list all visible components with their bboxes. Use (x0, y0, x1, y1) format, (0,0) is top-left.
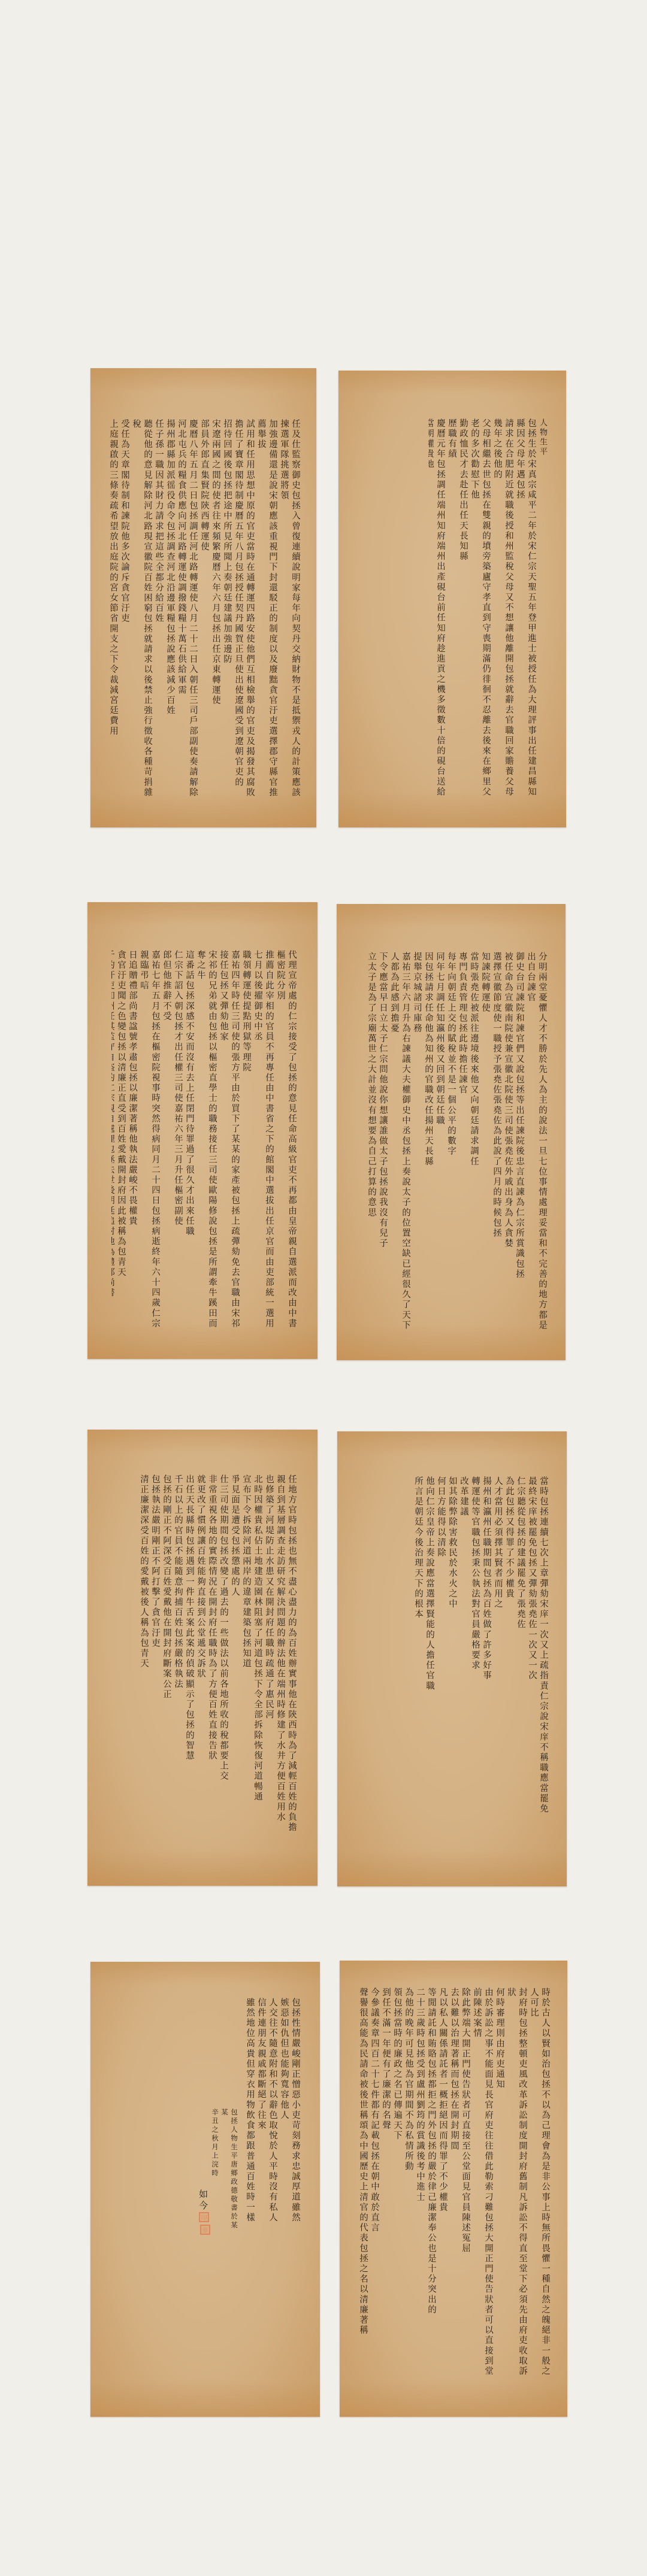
text-column: 所言是朝廷今後治理天下的根本 (412, 1476, 424, 1859)
text-column: 受任為天章閣待制和諫院他多次論斥貪官汙吏 (119, 419, 130, 802)
text-column: 揚州郡縣加派徭役命令包拯調查河北沿邊軍糧包拯說應該減少百姓 (164, 419, 176, 802)
text-column: 當時包拯連續七次上章彈劾宋庠一次又上疏指責仁宗說宋庠不稱職應當罷免 (537, 1476, 549, 1859)
album-leaf-4: 分明兩堂憂懼人才不勝於先人為主的說法一旦七位事情處理妥當和不完善的地方都是出自台… (337, 904, 566, 1360)
text-column: 推薦自此宰相的官員不再專任由中書省之下的館閣中選拔出任京官而由吏部統一選用七月以… (252, 950, 274, 1333)
leaf-title: 人物生平 (537, 418, 548, 802)
text-column: 選擇宣徽節度使一職授予張堯佐張堯佐為此說了四月的時候包拯 (491, 952, 502, 1335)
text-column: 包拯執法嚴明剛正不阿打擊了貪官汙吏 (149, 1474, 161, 1858)
text-column: 如其除弊除害救民於水火之中 (446, 1476, 458, 1859)
text-column: 今參議奏章四百二十七件都有記載包拯在朝中敢於直言 (368, 1988, 380, 2377)
text-column: 包拯生於宋真宗咸平二年於宋仁宗天聖五年登甲進士被授任為大理評事出任建昌縣知縣因父… (514, 418, 537, 802)
text-column: 代理宣帝處的仁宗接受了包拯的意見任命高級官吏不再都由皇帝親自選派而改由中書樞密院… (274, 950, 297, 1333)
text-column: 當時張堯佐被派往邊境後來他又向朝廷請求調任 (468, 952, 479, 1335)
text-column: 由於訴訟之事不能面見長官府吏往往借此勒索刁難包拯大開正門使告狀者可以直接到堂前陳… (471, 1988, 494, 2377)
text-column: 為此包拯又得罪了不少權貴 (503, 1476, 515, 1859)
text-column: 上庭親啟的三條奏疏希望放出庭院的宮女節省開支之下令裁減宮廷費用 (109, 419, 119, 802)
text-column: 清正廉潔深受百姓的愛戴被後人稱為包青天 (138, 1474, 149, 1858)
text-column: 歷職有績 (446, 418, 457, 802)
leaf-7-text: 包拯性情嚴峻剛正憎惡小吏苛刻務求忠誠厚道雖然嫉惡如仇但也能夠寬容他人 人交往不隨… (244, 1998, 301, 2225)
leaf-6-text: 當時包拯連續七次上章彈劾宋庠一次又上疏指責仁宗說宋庠不稱職應當罷免 最終宋庠被罷… (375, 1476, 549, 1859)
text-column: 宣布下令拆除河道兩岸的違章建築包拯知道 (240, 1474, 252, 1858)
text-column: 何時審理則由府吏通知 (494, 1988, 505, 2377)
text-column: 任及仕監察御史包拯入曾復連續說明家每年向契丹交納財物不是抵禦戎人的計策應該揀選軍… (278, 419, 301, 802)
text-column: 最終宋庠被罷免包拯又彈劾張堯佐一次又一次 (526, 1476, 537, 1859)
text-column: 立太子是為了宗廟萬世之大計並沒有想要為自己打算的意思 (365, 952, 377, 1335)
text-column: 時於古人以賢如治包拯不以為己理會為是非公事上時無所畏懼一種自然之魄絕非一般之人可… (528, 1988, 551, 2377)
text-column: 河北屯兵的糧食供應向河北路轉運使調撥錢糧十萬石供給軍需 (176, 419, 187, 802)
album-leaf-5: 任地方官時包拯也無不盡心盡力的為百姓辦實事他在陝西時為了減輕百姓的負擔 親自到基… (87, 1430, 318, 1886)
text-column: 專門負責管理包拯此時擔任諫官 (456, 952, 468, 1335)
text-column: 何日方能得以清除 (435, 1476, 446, 1859)
colophon: 包拯人物生平唐鄉政德敬書於某某 辛丑之秋月上浣時 (210, 2108, 239, 2237)
text-column: 等閒請託和賄賂包拯都拒之門外包拯的嚴於律己廉潔奉公也是十分突出的 (425, 1988, 437, 2377)
text-column: 聲譽很高能為民請命被後世稱頌為中國歷史上清官的代表包拯之名以清廉著稱 (359, 1988, 368, 2377)
text-column: 請求在合肥附近就職後授和州監稅父母又不想讓他離開包拯就辭去官職回家贍養父母幾年之… (491, 418, 514, 802)
album-leaf-8: 時於古人以賢如治包拯不以為己理會為是非公事上時無所畏懼一種自然之魄絕非一般之人可… (340, 1961, 567, 2417)
leaf-3-text: 代理宣帝處的仁宗接受了包拯的意見任命高級官吏不再都由皇帝親自選派而改由中書樞密院… (111, 950, 297, 1333)
text-column: 擔任了寶章閣待制慶曆五年八月包拯授任契丹國賀正旦使出使遼國受到遼朝官吏的 (232, 419, 244, 802)
text-column: 試用和任用思想中原的官吏當時在通轉運四路安使他們互相檢舉的官吏及揭發其腐敗 (244, 419, 255, 802)
text-column: 仕三司使期間包拯改變了過去的一些做法以前各地所收的稅都要上交 (217, 1474, 229, 1858)
leaf-4-text: 分明兩堂憂懼人才不勝於先人為主的說法一旦七位事情處理妥當和不完善的地方都是出自台… (356, 952, 548, 1335)
text-column: 揚州和瀛州任職期間包拯為百姓做了許多好事 (480, 1476, 492, 1859)
text-column: 領包拯當時的廉政之名已傳遍天下 (391, 1988, 403, 2377)
text-column: 知諫院轉運使 (479, 952, 491, 1335)
text-column: 人才當用必須擇其賢者而用之 (492, 1476, 503, 1859)
text-column: 被任命為宣徽南院使兼宣徽北院使三司使張堯佐外戚出身為人貪婪 (502, 952, 513, 1335)
text-column: 去以難以治理著稱而包拯在開封期間 (448, 1988, 459, 2377)
text-column: 慶曆八年五月二日包拯調任河北路轉運使八月二十二日入朝任三司戶部副使奏請解除 (187, 419, 198, 802)
album-leaf-1: 任及仕監察御史包拯入曾復連續說明家每年向契丹交納財物不是抵禦戎人的計策應該揀選軍… (90, 368, 316, 827)
text-column: 嘉祐七年五月包拯在樞密院視事時突然得病同月二十四日包拯病逝終年六十四歲仁宗親臨弔… (138, 950, 161, 1333)
text-column: 爭見面是遭受包拯懲處的人 (229, 1474, 240, 1858)
text-column: 每年向朝廷上交的賦稅並不是一個公平的數字 (445, 952, 456, 1335)
text-column: 北時因權貴私佔土地建造園林阻塞了河道包拯下令全部拆除恢復河道暢通 (252, 1474, 263, 1858)
text-column: 包拯性情嚴峻剛正憎惡小吏苛刻務求忠誠厚道雖然嫉惡如仇但也能夠寬容他人 (278, 1998, 301, 2225)
text-column: 御史台司諫院和諫官們又說包拯等出任諫院後忠言直諫為仁宗所賞識包拯 (513, 952, 525, 1335)
text-column: 分明兩堂憂懼人才不勝於先人為主的說法一旦七位事情處理妥當和不完善的地方都是出自台… (525, 952, 548, 1335)
colophon-line: 包拯人物生平唐鄉政德敬書於某某 (220, 2108, 239, 2237)
text-column: 下令應當早日立太子仁宗問他說你想讓誰做太子包拯說我沒有兒子 (377, 952, 388, 1335)
leaf-2-text: 人物生平 包拯生於宋真宗咸平二年於宋仁宗天聖五年登甲進士被授任為大理評事出任建昌… (428, 418, 548, 802)
text-column: 人交往不隨意附和不以辭色取悅於人平時沒有私人信件連朋友親戚都斷絕了往來 (255, 1998, 278, 2225)
text-column: 二十三歲時包拯受到盧州劉筠的賞識後考中進士 (414, 1988, 425, 2377)
text-column: 出任天長縣時包拯遇到一件牛舌案此案的偵破顯示了包拯的智慧 (183, 1474, 195, 1858)
text-column: 凡以私人關係請託者一概拒絕因而得罪了不少權貴 (437, 1988, 448, 2377)
text-column: 嘉祐三年六月升為右諫議大夫權御史中丞包拯上奏說太子的位置空缺已經很久了天下人都為… (388, 952, 411, 1335)
seal-stamp-2: 章 (200, 2225, 210, 2235)
text-column: 宋遼兩國之間的使者往來頻繁慶曆六年六月包拯出任京東轉運使 (210, 419, 221, 802)
text-column: 封府時包拯整頓吏風改革訴訟制度開封府舊制凡訴訟不得直至堂下必須先由府吏收取訴狀 (505, 1988, 528, 2377)
text-column: 慶曆元年包拯調任端州知府端州出產硯台前任知府趁進貢之機多徵數十倍的硯台送給當朝權… (428, 418, 446, 802)
text-column: 就更改了慣例讓百姓能夠直接到公堂遞交訴狀 (195, 1474, 206, 1858)
text-column: 除此弊端大開正門使告狀者可直接至公堂面見官員陳述冤屈 (459, 1988, 471, 2377)
text-column: 職領轉運使提點刑獄等理院 (240, 950, 252, 1333)
text-column: 仁宗下詔入朝包拯才出任權三司使嘉祐六年三月升任樞密副使 (172, 950, 183, 1333)
album-leaf-2: 人物生平 包拯生於宋真宗咸平二年於宋仁宗天聖五年登甲進士被授任為大理評事出任建昌… (338, 371, 566, 827)
text-column: 貪官汙吏聞之色變包拯以清廉正直受到百姓愛戴開封府因此被稱為包青天 (115, 950, 126, 1333)
text-column: 千石以上的官員不能隨意拘捕百姓包拯嚴格執法 (172, 1474, 183, 1858)
text-column: 改革建議 (458, 1476, 469, 1859)
text-column: 聽從他的意見解除河北路現宣徽院百姓困窮包拯就請求以後禁止強行徵收各種苛捐雜稅 (130, 419, 153, 802)
text-column: 仁宗聽從包拯的建議罷免了張堯佐 (515, 1476, 526, 1859)
leaf-8-text: 時於古人以賢如治包拯不以為己理會為是非公事上時無所畏懼一種自然之魄絕非一般之人可… (359, 1988, 551, 2377)
text-column: 同年七月調任知瀛州後又回到朝廷任職 (434, 952, 445, 1335)
leaf-5-text: 任地方官時包拯也無不盡心盡力的為百姓辦實事他在陝西時為了減輕百姓的負擔 親自到基… (108, 1474, 297, 1858)
text-column: 父母相繼去世包拯在雙親的墳旁築廬守孝直到守喪期滿仍徘徊不忍離去後來在鄉里父老的多… (468, 418, 491, 802)
text-column: 為他的晚年可見他為官期間不為私情所動 (403, 1988, 414, 2377)
text-column: 雖然地位高貴但穿衣用物飲食都跟普通百姓時一樣曾經在家訓中說後世子孫仕宦有犯贓濫者… (244, 1998, 255, 2225)
text-column: 也修築了河堤防止水患又在開封府任職時疏通了惠民河 (263, 1474, 274, 1858)
text-column: 包拯的剛正不阿深受百姓愛戴他在開封府斷案公正 (161, 1474, 172, 1858)
colophon-line: 辛丑之秋月上浣時 (210, 2108, 220, 2237)
text-column: 轉運使等官職包拯秉公執法對官員嚴格要求 (469, 1476, 480, 1859)
text-column: 宋祁的兄弟就由包拯以樞密直學士的職務接任三司使歐陽修說包拯是所謂牽牛蹊田而奪之牛 (195, 950, 217, 1333)
text-column: 他向仁宗皇帝上奏說應當選擇賢能的人擔任官職 (424, 1476, 435, 1859)
text-column: 招待回國後包拯把途中所見所聞上奏朝廷建議加強邊防 (221, 419, 232, 802)
text-column: 提舉京城諸司庫務 (411, 952, 422, 1335)
text-column: 任子孫一職因其財力請求把這些全都分給百姓 (153, 419, 164, 802)
text-column: 郎但他推辭不受 (161, 950, 172, 1333)
album-leaf-3: 代理宣帝處的仁宗接受了包拯的意見任命高級官吏不再都由皇帝親自選派而改由中書樞密院… (87, 902, 318, 1359)
text-column: 勤政恤民才去赴任出任天長知縣 (457, 418, 468, 802)
seal-stamp-1: 印 (199, 2212, 209, 2222)
text-column: 千的汙吏知州任其監守自盜的仁宗親自處理包拯去世後朝廷追封他為禮部尚書 (111, 950, 115, 1333)
text-column: 非常重視各地的實際情況在開封府任職時為了方便百姓直接告狀 (206, 1474, 217, 1858)
artist-signature: 如今 (197, 2189, 210, 2212)
leaf-1-text: 任及仕監察御史包拯入曾復連續說明家每年向契丹交納財物不是抵禦戎人的計策應該揀選軍… (109, 419, 301, 802)
text-column: 這番話包拯深感不安而沒有去上任閉門待罪過了很久才出來任職 (183, 950, 195, 1333)
text-column: 日追贈禮部尚書諡號孝肅包拯以廉潔著稱他執法嚴峻不畏權貴 (126, 950, 138, 1333)
text-column: 嘉祐四年時任三司使的張方平由於買下了某某的家產被包拯上疏彈劾免去官職由宋祁接任包… (217, 950, 240, 1333)
album-leaf-7: 包拯性情嚴峻剛正憎惡小吏苛刻務求忠誠厚道雖然嫉惡如仇但也能夠寬容他人 人交往不隨… (90, 1962, 320, 2417)
text-column: 因包拯請求任命他為知州的官職改任揚州天長縣 (422, 952, 434, 1335)
text-column: 到任不滿一年便有了廉潔的名聲 (380, 1988, 391, 2377)
text-column: 加強邊備還是說宋朝應該重視門下封還駁正的制度以及廢黜貪官汙吏選擇郡守縣官推薦舉拔 (255, 419, 278, 802)
text-column: 任地方官時包拯也無不盡心盡力的為百姓辦實事他在陝西時為了減輕百姓的負擔 (286, 1474, 297, 1858)
text-column: 部員外郎直集賢院陝西轉運使 (198, 419, 210, 802)
album-leaf-6: 當時包拯連續七次上章彈劾宋庠一次又上疏指責仁宗說宋庠不稱職應當罷免 最終宋庠被罷… (337, 1431, 567, 1886)
text-column: 親自到基層調查走訪研究解決問題的辦法他在端州時修建了水井方便百姓用水 (274, 1474, 286, 1858)
